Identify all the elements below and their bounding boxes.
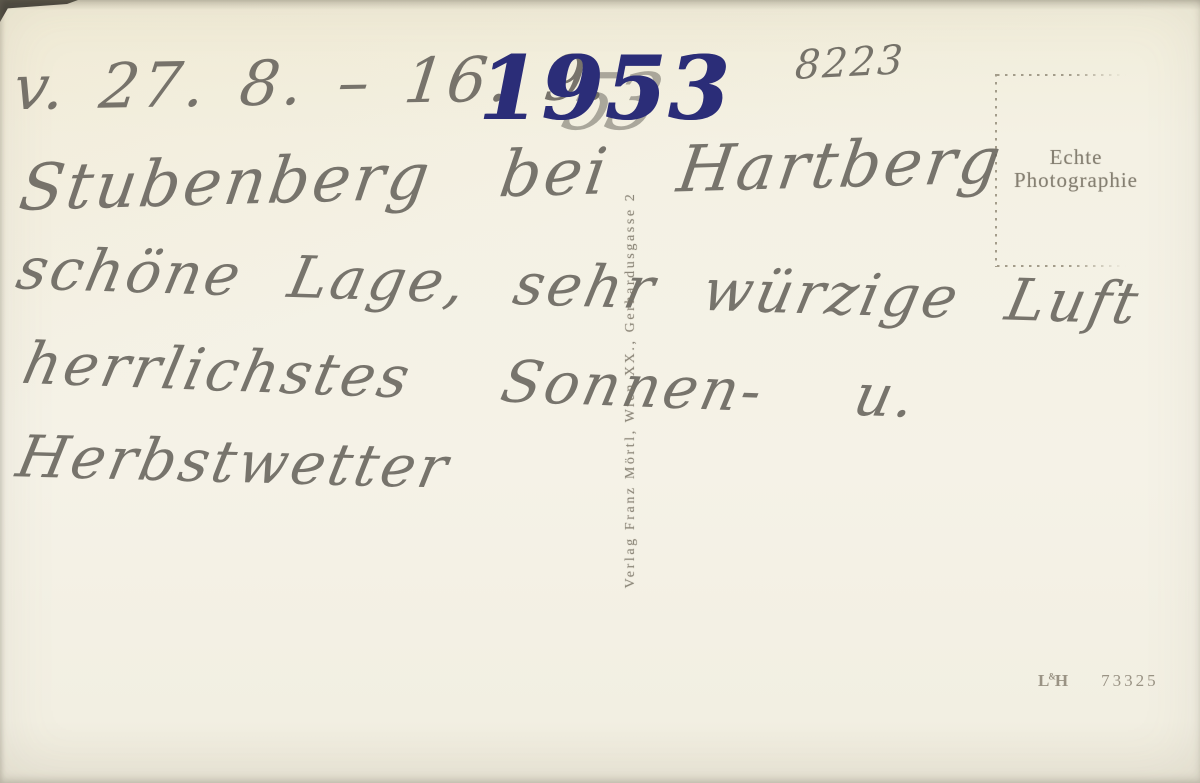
year-blue-ink: 1953	[478, 36, 731, 140]
stamp-box-label: Echte Photographie	[995, 146, 1157, 192]
message-line-2: schöne Lage, sehr würzige Luft	[11, 235, 1147, 338]
message-line-1: Stubenberg bei Hartberg	[15, 124, 1009, 226]
stamp-box-label-line2: Photographie	[995, 169, 1157, 192]
stamp-box: Echte Photographie	[995, 74, 1143, 267]
handwritten-ref-number: 8223	[794, 37, 906, 89]
print-catalog-number: 73325	[1101, 671, 1159, 691]
handwritten-year: 53 1953	[478, 36, 731, 140]
printer-marks: L&H 73325	[1038, 671, 1159, 691]
publisher-imprint: Verlag Franz Mörtl, Wien XX., Gerhardusg…	[623, 192, 639, 589]
printer-logo: L&H	[1038, 671, 1067, 691]
stamp-box-border-top	[997, 74, 1129, 76]
stamp-box-label-line1: Echte	[995, 146, 1157, 169]
scan-top-edge	[0, 0, 1200, 10]
message-line-3: herrlichstes Sonnen- u.	[17, 329, 924, 431]
message-line-4: Herbstwetter	[11, 423, 456, 502]
postcard-back: v. 27. 8. – 16. 9. 53 1953 8223 Echte Ph…	[0, 0, 1200, 783]
